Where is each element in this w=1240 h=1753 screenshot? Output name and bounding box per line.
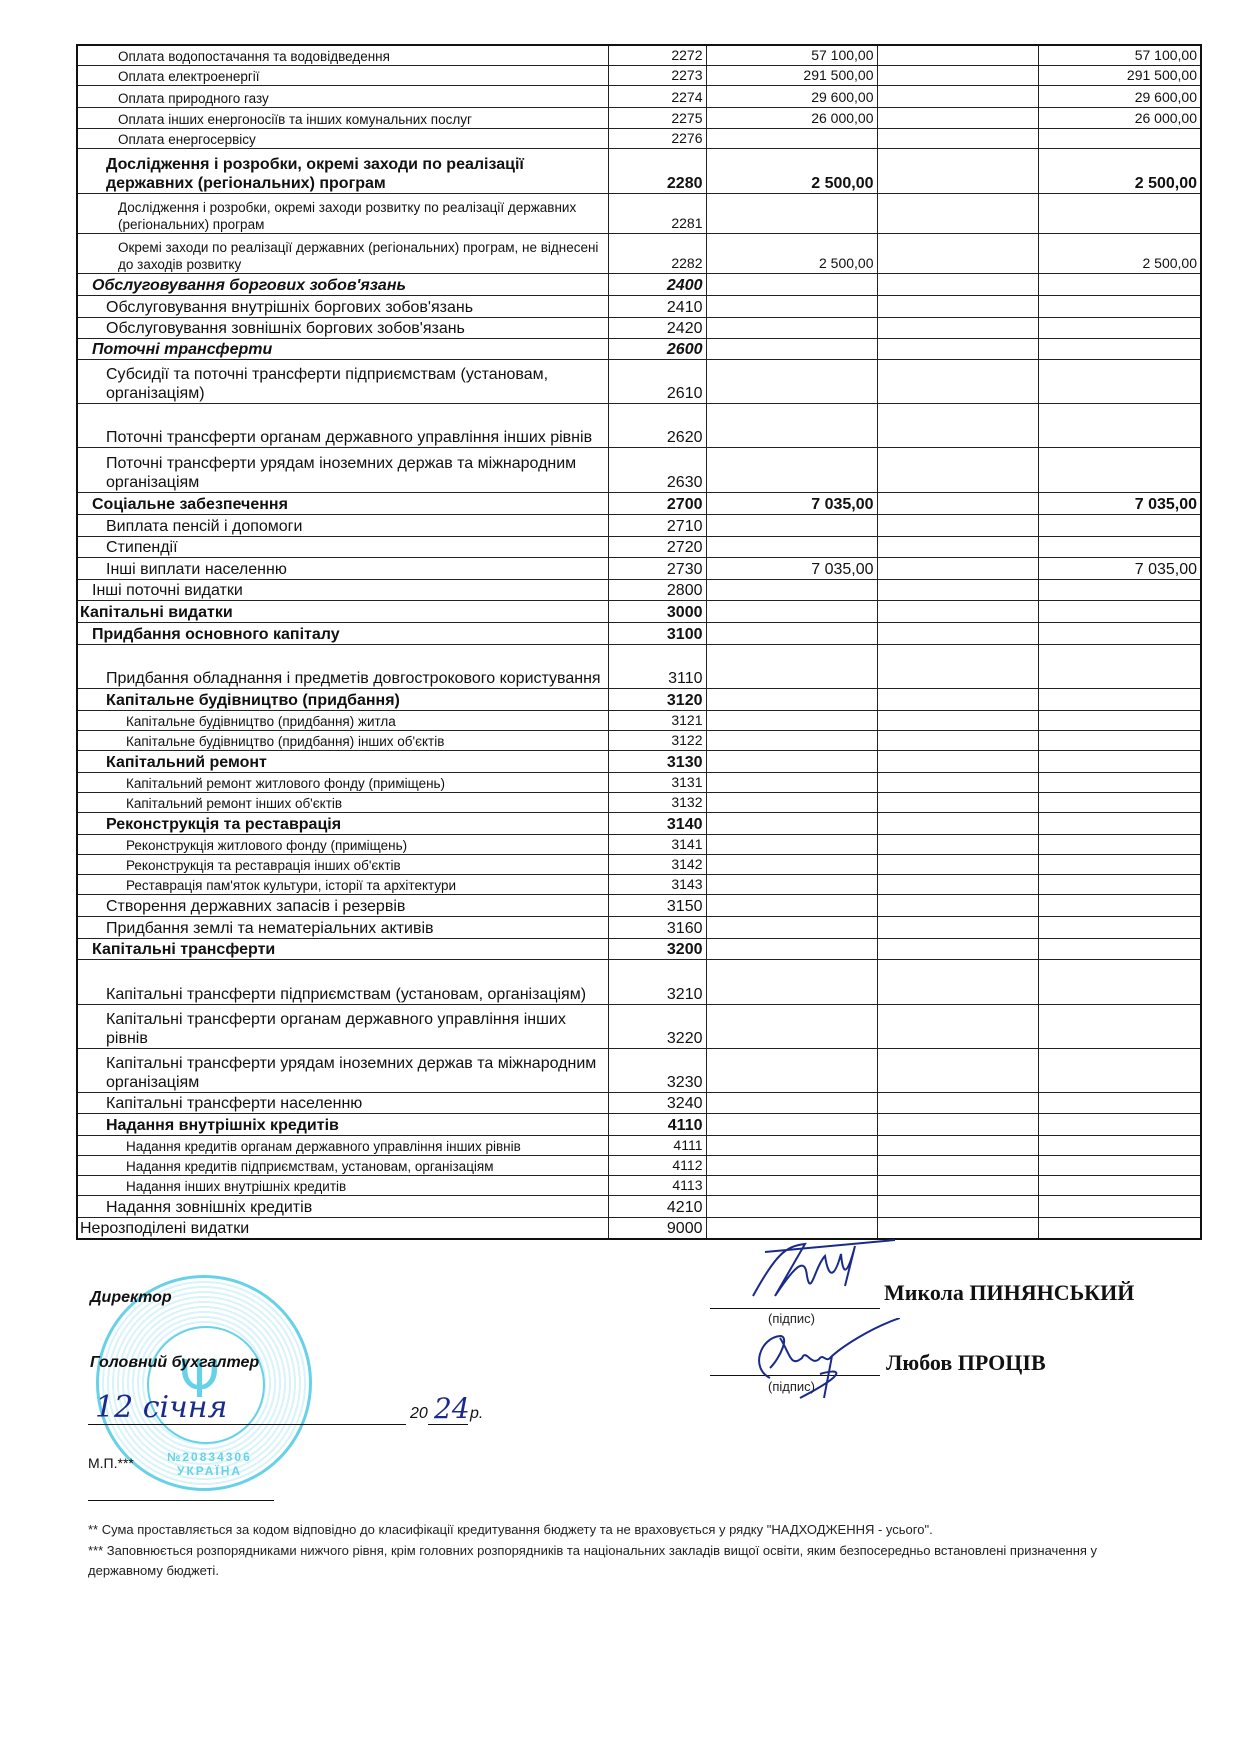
- row-value-approved: [706, 917, 877, 939]
- row-value-total: [1038, 1093, 1201, 1114]
- row-value-total: 2 500,00: [1038, 234, 1201, 274]
- row-value-total: 291 500,00: [1038, 66, 1201, 86]
- table-row: Капітальний ремонт3130: [77, 751, 1201, 773]
- row-name: Дослідження і розробки, окремі заходи по…: [77, 149, 608, 194]
- table-row: Оплата інших енергоносіїв та інших комун…: [77, 108, 1201, 129]
- row-name: Надання кредитів підприємствам, установа…: [77, 1156, 608, 1176]
- row-name: Стипендії: [77, 537, 608, 558]
- row-value-total: [1038, 515, 1201, 537]
- stamp-place-label: М.П.***: [88, 1455, 134, 1471]
- table-row: Капітальні трансферти урядам іноземних д…: [77, 1049, 1201, 1093]
- accountant-signature: [740, 1318, 900, 1408]
- row-value-approved: [706, 1049, 877, 1093]
- row-value-approved: [706, 274, 877, 296]
- table-row: Реставрація пам'яток культури, історії т…: [77, 875, 1201, 895]
- row-name: Інші виплати населенню: [77, 558, 608, 580]
- row-name: Соціальне забезпечення: [77, 493, 608, 515]
- table-row: Капітальні трансферти населенню3240: [77, 1093, 1201, 1114]
- accountant-name: Любов ПРОЦІВ: [886, 1350, 1046, 1376]
- row-value-total: [1038, 1156, 1201, 1176]
- row-value-total: 7 035,00: [1038, 558, 1201, 580]
- row-name: Реставрація пам'яток культури, історії т…: [77, 875, 608, 895]
- row-code: 2281: [608, 194, 706, 234]
- row-name: Поточні трансферти органам державного уп…: [77, 404, 608, 448]
- table-row: Реконструкція житлового фонду (приміщень…: [77, 835, 1201, 855]
- row-value-approved: [706, 875, 877, 895]
- row-code: 3230: [608, 1049, 706, 1093]
- row-value-changes: [877, 1196, 1038, 1218]
- row-name: Капітальне будівництво (придбання) житла: [77, 711, 608, 731]
- table-row: Інші поточні видатки2800: [77, 580, 1201, 601]
- row-name: Дослідження і розробки, окремі заходи ро…: [77, 194, 608, 234]
- row-value-approved: [706, 601, 877, 623]
- row-name: Реконструкція та реставрація інших об'єк…: [77, 855, 608, 875]
- row-value-approved: [706, 1156, 877, 1176]
- row-value-total: [1038, 689, 1201, 711]
- row-name: Надання зовнішніх кредитів: [77, 1196, 608, 1218]
- table-row: Оплата природного газу227429 600,0029 60…: [77, 86, 1201, 108]
- table-row: Капітальні трансферти органам державного…: [77, 1005, 1201, 1049]
- row-name: Капітальні трансферти органам державного…: [77, 1005, 608, 1049]
- row-code: 3122: [608, 731, 706, 751]
- table-row: Дослідження і розробки, окремі заходи по…: [77, 149, 1201, 194]
- row-value-changes: [877, 895, 1038, 917]
- row-value-approved: [706, 623, 877, 645]
- row-value-approved: 57 100,00: [706, 45, 877, 66]
- row-value-total: 2 500,00: [1038, 149, 1201, 194]
- row-code: 3143: [608, 875, 706, 895]
- row-code: 2620: [608, 404, 706, 448]
- row-code: 2710: [608, 515, 706, 537]
- row-value-changes: [877, 751, 1038, 773]
- accountant-label: Головний бухгалтер: [90, 1354, 259, 1372]
- table-row: Капітальний ремонт інших об'єктів3132: [77, 793, 1201, 813]
- row-value-approved: 2 500,00: [706, 149, 877, 194]
- row-value-changes: [877, 129, 1038, 149]
- row-value-total: [1038, 1176, 1201, 1196]
- row-value-changes: [877, 66, 1038, 86]
- table-row: Обслуговування зовнішніх боргових зобов'…: [77, 318, 1201, 339]
- table-row: Виплата пенсій і допомоги2710: [77, 515, 1201, 537]
- row-code: 3141: [608, 835, 706, 855]
- row-name: Придбання обладнання і предметів довгост…: [77, 645, 608, 689]
- row-name: Оплата інших енергоносіїв та інших комун…: [77, 108, 608, 129]
- director-label: Директор: [90, 1289, 172, 1307]
- row-value-changes: [877, 108, 1038, 129]
- row-value-approved: [706, 793, 877, 813]
- row-value-approved: [706, 1196, 877, 1218]
- row-code: 2720: [608, 537, 706, 558]
- row-value-total: [1038, 1005, 1201, 1049]
- row-name: Капітальні видатки: [77, 601, 608, 623]
- row-value-changes: [877, 731, 1038, 751]
- row-value-changes: [877, 855, 1038, 875]
- row-value-total: [1038, 875, 1201, 895]
- row-value-changes: [877, 339, 1038, 360]
- row-value-changes: [877, 645, 1038, 689]
- row-name: Придбання землі та нематеріальних активі…: [77, 917, 608, 939]
- row-value-total: [1038, 623, 1201, 645]
- director-signature-line: [710, 1308, 880, 1309]
- row-code: 2600: [608, 339, 706, 360]
- row-value-total: [1038, 895, 1201, 917]
- table-row: Обслуговування внутрішніх боргових зобов…: [77, 296, 1201, 318]
- row-value-approved: [706, 731, 877, 751]
- row-value-approved: [706, 689, 877, 711]
- row-value-changes: [877, 1114, 1038, 1136]
- row-name: Капітальне будівництво (придбання) інших…: [77, 731, 608, 751]
- row-code: 3240: [608, 1093, 706, 1114]
- table-row: Надання зовнішніх кредитів4210: [77, 1196, 1201, 1218]
- row-value-changes: [877, 194, 1038, 234]
- table-row: Оплата водопостачання та водовідведення2…: [77, 45, 1201, 66]
- year-suffix: р.: [470, 1405, 483, 1423]
- row-name: Реконструкція житлового фонду (приміщень…: [77, 835, 608, 855]
- row-value-approved: [706, 194, 877, 234]
- row-value-changes: [877, 493, 1038, 515]
- row-name: Оплата електроенергії: [77, 66, 608, 86]
- row-code: 4210: [608, 1196, 706, 1218]
- row-value-changes: [877, 360, 1038, 404]
- row-name: Капітальне будівництво (придбання): [77, 689, 608, 711]
- row-value-approved: [706, 855, 877, 875]
- row-value-approved: [706, 939, 877, 960]
- row-value-total: [1038, 296, 1201, 318]
- row-code: 2273: [608, 66, 706, 86]
- row-name: Надання внутрішніх кредитів: [77, 1114, 608, 1136]
- row-value-total: 7 035,00: [1038, 493, 1201, 515]
- row-value-approved: [706, 404, 877, 448]
- row-name: Надання кредитів органам державного упра…: [77, 1136, 608, 1156]
- row-value-approved: [706, 895, 877, 917]
- row-value-changes: [877, 773, 1038, 793]
- table-row: Капітальні трансферти підприємствам (уст…: [77, 960, 1201, 1005]
- row-name: Надання інших внутрішніх кредитів: [77, 1176, 608, 1196]
- row-code: 3210: [608, 960, 706, 1005]
- row-value-changes: [877, 86, 1038, 108]
- row-value-approved: [706, 296, 877, 318]
- row-code: 2400: [608, 274, 706, 296]
- table-row: Стипендії2720: [77, 537, 1201, 558]
- stamp-inner-circle: Ψ: [147, 1326, 265, 1444]
- row-code: 4113: [608, 1176, 706, 1196]
- row-value-total: [1038, 855, 1201, 875]
- row-value-changes: [877, 689, 1038, 711]
- row-value-total: [1038, 129, 1201, 149]
- table-body: Оплата водопостачання та водовідведення2…: [77, 45, 1201, 1239]
- row-value-total: [1038, 537, 1201, 558]
- row-value-total: [1038, 835, 1201, 855]
- row-value-total: [1038, 274, 1201, 296]
- row-value-changes: [877, 793, 1038, 813]
- row-value-changes: [877, 1049, 1038, 1093]
- row-value-approved: 2 500,00: [706, 234, 877, 274]
- row-value-changes: [877, 835, 1038, 855]
- row-value-approved: [706, 960, 877, 1005]
- row-value-approved: [706, 751, 877, 773]
- row-name: Оплата енергосервісу: [77, 129, 608, 149]
- row-code: 4110: [608, 1114, 706, 1136]
- row-value-total: [1038, 960, 1201, 1005]
- row-value-approved: [706, 1093, 877, 1114]
- row-value-total: [1038, 939, 1201, 960]
- row-value-approved: [706, 835, 877, 855]
- table-row: Надання кредитів підприємствам, установа…: [77, 1156, 1201, 1176]
- table-row: Капітальний ремонт житлового фонду (прим…: [77, 773, 1201, 793]
- row-value-approved: [706, 339, 877, 360]
- row-value-changes: [877, 1005, 1038, 1049]
- table-row: Субсидії та поточні трансферти підприємс…: [77, 360, 1201, 404]
- row-name: Обслуговування зовнішніх боргових зобов'…: [77, 318, 608, 339]
- row-value-changes: [877, 537, 1038, 558]
- table-row: Поточні трансферти органам державного уп…: [77, 404, 1201, 448]
- row-value-changes: [877, 448, 1038, 493]
- row-value-approved: [706, 645, 877, 689]
- row-code: 3110: [608, 645, 706, 689]
- row-value-approved: [706, 1136, 877, 1156]
- director-signature: [745, 1236, 895, 1308]
- row-value-total: [1038, 813, 1201, 835]
- table-row: Надання внутрішніх кредитів4110: [77, 1114, 1201, 1136]
- table-row: Соціальне забезпечення27007 035,007 035,…: [77, 493, 1201, 515]
- row-name: Поточні трансферти урядам іноземних держ…: [77, 448, 608, 493]
- row-name: Капітальні трансферти урядам іноземних д…: [77, 1049, 608, 1093]
- row-value-total: [1038, 773, 1201, 793]
- row-code: 2700: [608, 493, 706, 515]
- row-code: 2280: [608, 149, 706, 194]
- table-row: Капітальне будівництво (придбання) інших…: [77, 731, 1201, 751]
- row-value-changes: [877, 45, 1038, 66]
- table-row: Капітальні трансферти3200: [77, 939, 1201, 960]
- row-value-approved: [706, 773, 877, 793]
- row-value-total: [1038, 645, 1201, 689]
- row-value-total: [1038, 404, 1201, 448]
- row-name: Реконструкція та реставрація: [77, 813, 608, 835]
- table-row: Інші виплати населенню27307 035,007 035,…: [77, 558, 1201, 580]
- row-code: 3140: [608, 813, 706, 835]
- row-value-changes: [877, 623, 1038, 645]
- row-code: 2272: [608, 45, 706, 66]
- row-value-total: [1038, 339, 1201, 360]
- table-row: Придбання землі та нематеріальних активі…: [77, 917, 1201, 939]
- row-value-changes: [877, 875, 1038, 895]
- row-value-total: [1038, 448, 1201, 493]
- row-value-changes: [877, 580, 1038, 601]
- row-value-total: [1038, 1196, 1201, 1218]
- stamp-country: УКРАЇНА: [177, 1464, 242, 1478]
- table-row: Оплата електроенергії2273291 500,00291 5…: [77, 66, 1201, 86]
- table-row: Поточні трансферти2600: [77, 339, 1201, 360]
- table-row: Придбання обладнання і предметів довгост…: [77, 645, 1201, 689]
- row-value-changes: [877, 939, 1038, 960]
- row-name: Створення державних запасів і резервів: [77, 895, 608, 917]
- table-row: Капітальне будівництво (придбання) житла…: [77, 711, 1201, 731]
- row-value-changes: [877, 149, 1038, 194]
- row-code: 4111: [608, 1136, 706, 1156]
- row-value-approved: [706, 1176, 877, 1196]
- row-name: Субсидії та поточні трансферти підприємс…: [77, 360, 608, 404]
- row-value-total: [1038, 751, 1201, 773]
- row-value-changes: [877, 296, 1038, 318]
- row-name: Придбання основного капіталу: [77, 623, 608, 645]
- table-row: Реконструкція та реставрація інших об'єк…: [77, 855, 1201, 875]
- row-value-total: [1038, 194, 1201, 234]
- row-code: 2420: [608, 318, 706, 339]
- row-value-approved: [706, 580, 877, 601]
- row-value-changes: [877, 515, 1038, 537]
- row-value-total: [1038, 360, 1201, 404]
- year-handwritten: 24: [434, 1392, 470, 1425]
- row-value-approved: 7 035,00: [706, 493, 877, 515]
- row-name: Обслуговування внутрішніх боргових зобов…: [77, 296, 608, 318]
- table-row: Надання кредитів органам державного упра…: [77, 1136, 1201, 1156]
- row-value-approved: [706, 318, 877, 339]
- budget-expenditure-table: Оплата водопостачання та водовідведення2…: [76, 44, 1202, 1240]
- table-row: Створення державних запасів і резервів31…: [77, 895, 1201, 917]
- row-name: Оплата водопостачання та водовідведення: [77, 45, 608, 66]
- row-code: 3160: [608, 917, 706, 939]
- row-code: 3120: [608, 689, 706, 711]
- row-code: 3130: [608, 751, 706, 773]
- row-code: 3000: [608, 601, 706, 623]
- row-code: 2630: [608, 448, 706, 493]
- row-value-approved: 291 500,00: [706, 66, 877, 86]
- row-value-total: [1038, 1136, 1201, 1156]
- row-value-changes: [877, 274, 1038, 296]
- row-value-total: [1038, 711, 1201, 731]
- row-name: Капітальні трансферти населенню: [77, 1093, 608, 1114]
- row-code: 2410: [608, 296, 706, 318]
- row-value-total: [1038, 793, 1201, 813]
- row-name: Капітальні трансферти підприємствам (уст…: [77, 960, 608, 1005]
- table-row: Окремі заходи по реалізації державних (р…: [77, 234, 1201, 274]
- row-code: 4112: [608, 1156, 706, 1176]
- row-name: Нерозподілені видатки: [77, 1218, 608, 1239]
- row-value-changes: [877, 558, 1038, 580]
- row-value-total: [1038, 731, 1201, 751]
- row-value-approved: [706, 129, 877, 149]
- accountant-signature-caption: (підпис): [768, 1379, 815, 1394]
- row-name: Окремі заходи по реалізації державних (р…: [77, 234, 608, 274]
- row-value-changes: [877, 404, 1038, 448]
- row-code: 9000: [608, 1218, 706, 1239]
- row-value-total: [1038, 601, 1201, 623]
- row-value-approved: [706, 813, 877, 835]
- row-value-changes: [877, 318, 1038, 339]
- director-name: Микола ПИНЯНСЬКИЙ: [884, 1280, 1134, 1306]
- row-code: 3132: [608, 793, 706, 813]
- stamp-number: №20834306: [167, 1450, 252, 1464]
- row-value-approved: [706, 711, 877, 731]
- row-code: 3142: [608, 855, 706, 875]
- table-row: Придбання основного капіталу3100: [77, 623, 1201, 645]
- table-row: Капітальне будівництво (придбання)3120: [77, 689, 1201, 711]
- table-row: Нерозподілені видатки9000: [77, 1218, 1201, 1239]
- table-row: Дослідження і розробки, окремі заходи ро…: [77, 194, 1201, 234]
- row-name: Капітальний ремонт: [77, 751, 608, 773]
- row-value-total: [1038, 318, 1201, 339]
- row-value-approved: [706, 1005, 877, 1049]
- row-code: 2730: [608, 558, 706, 580]
- row-value-total: 29 600,00: [1038, 86, 1201, 108]
- row-value-total: 26 000,00: [1038, 108, 1201, 129]
- row-value-changes: [877, 917, 1038, 939]
- table-row: Поточні трансферти урядам іноземних держ…: [77, 448, 1201, 493]
- stamp-place-line: [88, 1500, 274, 1501]
- row-value-changes: [877, 1218, 1038, 1239]
- row-code: 3100: [608, 623, 706, 645]
- row-code: 2274: [608, 86, 706, 108]
- footnote-triple-star: *** Заповнюється розпорядниками нижчого …: [88, 1541, 1168, 1581]
- row-value-changes: [877, 711, 1038, 731]
- row-value-total: [1038, 1114, 1201, 1136]
- row-value-changes: [877, 1176, 1038, 1196]
- row-value-changes: [877, 234, 1038, 274]
- row-value-changes: [877, 1156, 1038, 1176]
- table-row: Реконструкція та реставрація3140: [77, 813, 1201, 835]
- row-value-approved: [706, 515, 877, 537]
- row-value-approved: [706, 1114, 877, 1136]
- row-name: Поточні трансферти: [77, 339, 608, 360]
- row-value-changes: [877, 1136, 1038, 1156]
- table-row: Обслуговування боргових зобов'язань2400: [77, 274, 1201, 296]
- row-code: 3200: [608, 939, 706, 960]
- row-value-approved: 29 600,00: [706, 86, 877, 108]
- row-value-total: 57 100,00: [1038, 45, 1201, 66]
- row-code: 2800: [608, 580, 706, 601]
- row-code: 2282: [608, 234, 706, 274]
- row-value-changes: [877, 960, 1038, 1005]
- footnote-double-star: ** Сума проставляється за кодом відповід…: [88, 1520, 1168, 1540]
- row-value-approved: [706, 360, 877, 404]
- row-value-approved: [706, 448, 877, 493]
- row-name: Капітальний ремонт житлового фонду (прим…: [77, 773, 608, 793]
- row-code: 2275: [608, 108, 706, 129]
- row-name: Інші поточні видатки: [77, 580, 608, 601]
- date-handwritten: 12 січня: [95, 1390, 227, 1425]
- row-value-changes: [877, 601, 1038, 623]
- row-code: 3220: [608, 1005, 706, 1049]
- row-value-total: [1038, 1218, 1201, 1239]
- row-code: 2610: [608, 360, 706, 404]
- table-row: Надання інших внутрішніх кредитів4113: [77, 1176, 1201, 1196]
- table-row: Оплата енергосервісу2276: [77, 129, 1201, 149]
- row-name: Капітальні трансферти: [77, 939, 608, 960]
- row-name: Виплата пенсій і допомоги: [77, 515, 608, 537]
- row-code: 3121: [608, 711, 706, 731]
- row-code: 2276: [608, 129, 706, 149]
- row-code: 3150: [608, 895, 706, 917]
- row-value-total: [1038, 917, 1201, 939]
- table-row: Капітальні видатки3000: [77, 601, 1201, 623]
- row-value-changes: [877, 1093, 1038, 1114]
- row-name: Капітальний ремонт інших об'єктів: [77, 793, 608, 813]
- row-value-total: [1038, 1049, 1201, 1093]
- row-value-approved: [706, 537, 877, 558]
- row-name: Оплата природного газу: [77, 86, 608, 108]
- row-value-approved: 26 000,00: [706, 108, 877, 129]
- row-value-changes: [877, 813, 1038, 835]
- year-prefix: 20: [410, 1405, 428, 1423]
- row-code: 3131: [608, 773, 706, 793]
- row-value-approved: 7 035,00: [706, 558, 877, 580]
- row-value-total: [1038, 580, 1201, 601]
- row-name: Обслуговування боргових зобов'язань: [77, 274, 608, 296]
